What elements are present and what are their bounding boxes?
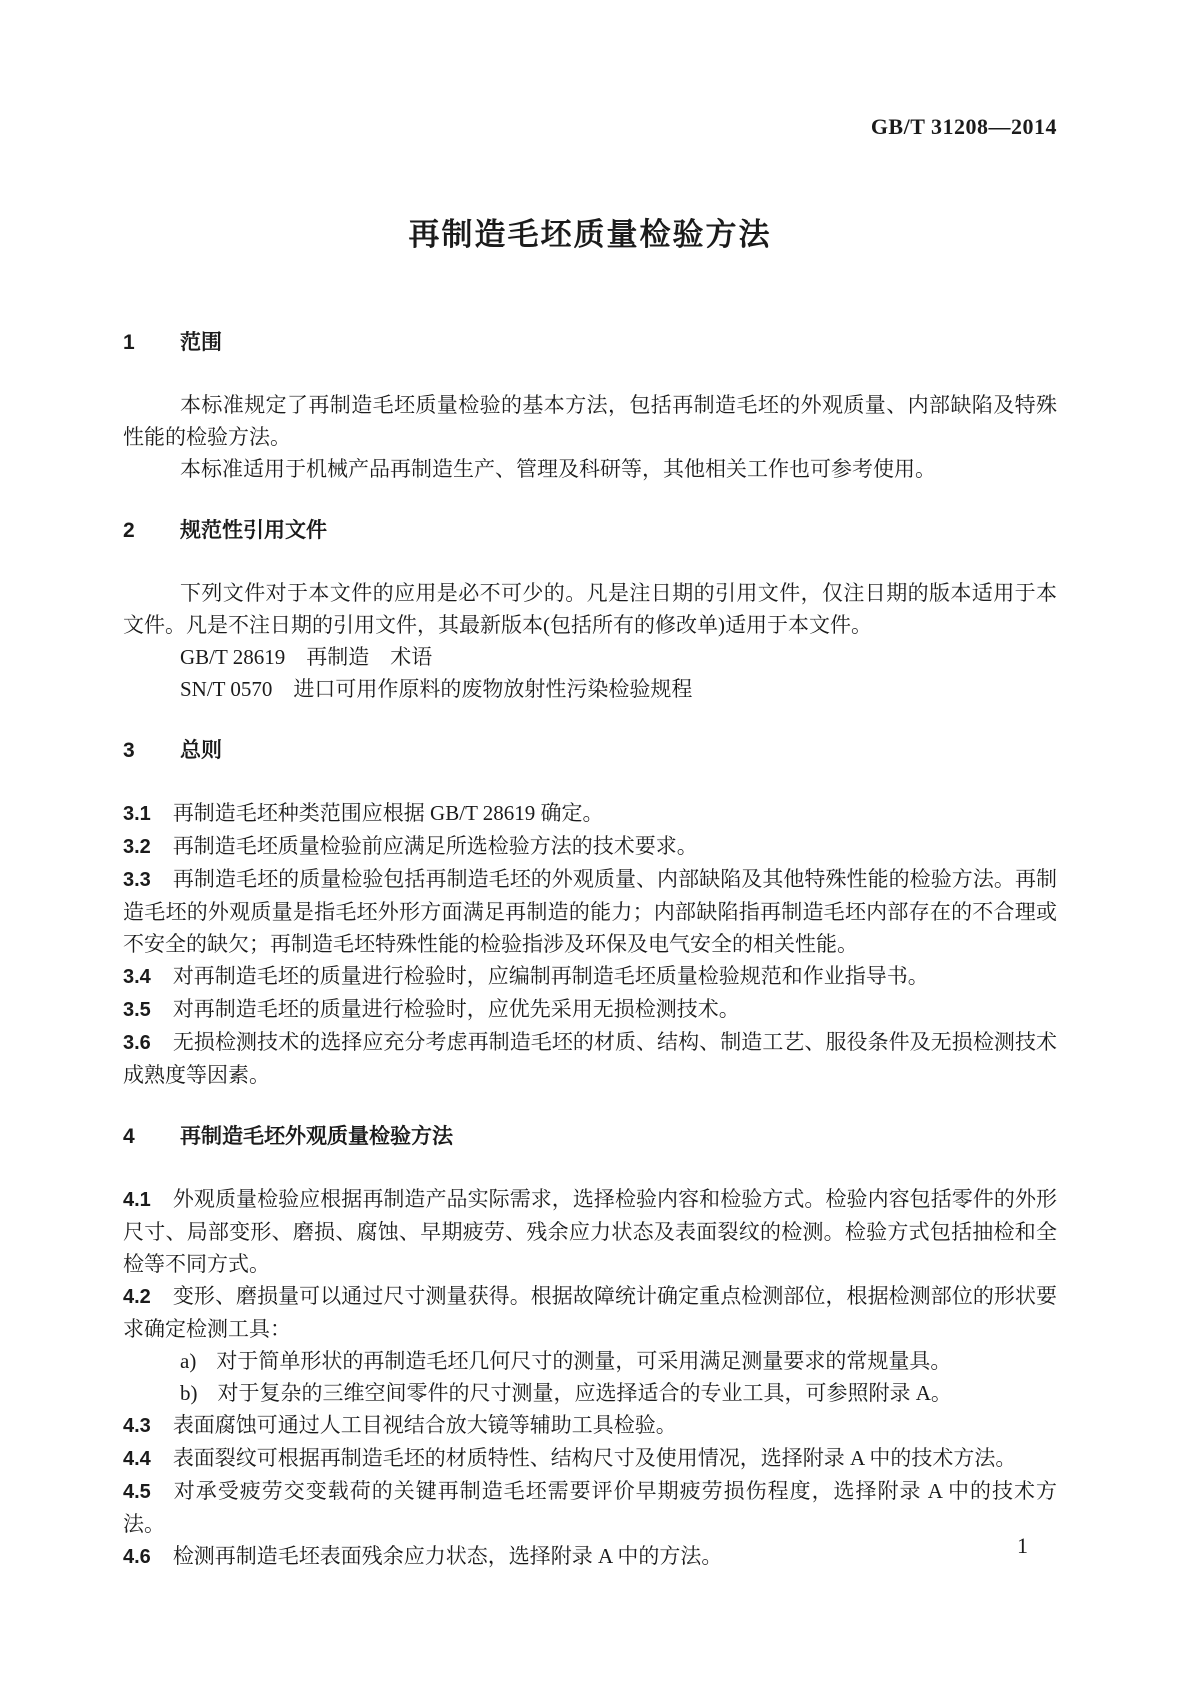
clause-4-2: 4.2变形、磨损量可以通过尺寸测量获得。根据故障统计确定重点检测部位，根据检测部… bbox=[123, 1280, 1057, 1345]
clause-number: 3.2 bbox=[123, 836, 151, 858]
clause-text: 再制造毛坯种类范围应根据 GB/T 28619 确定。 bbox=[173, 801, 604, 825]
clause-4-3: 4.3表面腐蚀可通过人工目视结合放大镜等辅助工具检验。 bbox=[123, 1409, 1057, 1442]
clause-4-4: 4.4表面裂纹可根据再制造毛坯的材质特性、结构尺寸及使用情况，选择附录 A 中的… bbox=[123, 1442, 1057, 1475]
paragraph: 下列文件对于本文件的应用是必不可少的。凡是注日期的引用文件，仅注日期的版本适用于… bbox=[123, 577, 1057, 641]
clause-text: 对再制造毛坯的质量进行检验时，应优先采用无损检测技术。 bbox=[173, 997, 740, 1021]
section-number: 4 bbox=[123, 1121, 180, 1153]
clause-number: 3.1 bbox=[123, 803, 151, 825]
list-item-marker: a) bbox=[180, 1349, 196, 1373]
document-title: 再制造毛坯质量检验方法 bbox=[123, 216, 1057, 254]
clause-text: 表面裂纹可根据再制造毛坯的材质特性、结构尺寸及使用情况，选择附录 A 中的技术方… bbox=[173, 1446, 1017, 1470]
section-number: 2 bbox=[123, 515, 180, 547]
clause-3-2: 3.2再制造毛坯质量检验前应满足所选检验方法的技术要求。 bbox=[123, 830, 1057, 863]
clause-text: 对承受疲劳交变载荷的关键再制造毛坯需要评价早期疲劳损伤程度，选择附录 A 中的技… bbox=[123, 1479, 1057, 1536]
section-heading-1: 1范围 bbox=[123, 327, 1057, 359]
clause-4-5: 4.5对承受疲劳交变载荷的关键再制造毛坯需要评价早期疲劳损伤程度，选择附录 A … bbox=[123, 1475, 1057, 1540]
clause-3-4: 3.4对再制造毛坯的质量进行检验时，应编制再制造毛坯质量检验规范和作业指导书。 bbox=[123, 960, 1057, 993]
clause-text: 表面腐蚀可通过人工目视结合放大镜等辅助工具检验。 bbox=[173, 1413, 677, 1437]
section-title: 再制造毛坯外观质量检验方法 bbox=[180, 1125, 453, 1148]
clause-number: 4.6 bbox=[123, 1546, 151, 1568]
section-number: 1 bbox=[123, 327, 180, 359]
list-item-a: a)对于简单形状的再制造毛坯几何尺寸的测量，可采用满足测量要求的常规量具。 bbox=[123, 1345, 1057, 1377]
clause-number: 4.1 bbox=[123, 1189, 151, 1211]
clause-text: 无损检测技术的选择应充分考虑再制造毛坯的材质、结构、制造工艺、服役条件及无损检测… bbox=[123, 1030, 1057, 1087]
section-appearance-inspection: 4再制造毛坯外观质量检验方法 4.1外观质量检验应根据再制造产品实际需求，选择检… bbox=[123, 1121, 1057, 1573]
list-item-marker: b) bbox=[180, 1381, 198, 1405]
clause-text: 外观质量检验应根据再制造产品实际需求，选择检验内容和检验方式。检验内容包括零件的… bbox=[123, 1187, 1057, 1276]
section-heading-2: 2规范性引用文件 bbox=[123, 515, 1057, 547]
clause-4-6: 4.6检测再制造毛坯表面残余应力状态，选择附录 A 中的方法。 bbox=[123, 1540, 1057, 1573]
clause-text: 再制造毛坯质量检验前应满足所选检验方法的技术要求。 bbox=[173, 834, 698, 858]
document-page: GB/T 31208—2014 再制造毛坯质量检验方法 1范围 本标准规定了再制… bbox=[0, 0, 1191, 1684]
paragraph: 本标准规定了再制造毛坯质量检验的基本方法，包括再制造毛坯的外观质量、内部缺陷及特… bbox=[123, 389, 1057, 453]
document-header: GB/T 31208—2014 bbox=[123, 0, 1057, 140]
section-normative-references: 2规范性引用文件 下列文件对于本文件的应用是必不可少的。凡是注日期的引用文件，仅… bbox=[123, 515, 1057, 705]
section-heading-4: 4再制造毛坯外观质量检验方法 bbox=[123, 1121, 1057, 1153]
paragraph: 本标准适用于机械产品再制造生产、管理及科研等，其他相关工作也可参考使用。 bbox=[123, 453, 1057, 485]
clause-text: 检测再制造毛坯表面残余应力状态，选择附录 A 中的方法。 bbox=[173, 1544, 723, 1568]
section-title: 总则 bbox=[180, 739, 222, 762]
list-item-text: 对于简单形状的再制造毛坯几何尺寸的测量，可采用满足测量要求的常规量具。 bbox=[216, 1349, 951, 1373]
clause-3-3: 3.3再制造毛坯的质量检验包括再制造毛坯的外观质量、内部缺陷及其他特殊性能的检验… bbox=[123, 863, 1057, 960]
clause-number: 4.5 bbox=[123, 1481, 151, 1503]
page-number: 1 bbox=[1017, 1530, 1028, 1562]
clause-number: 3.3 bbox=[123, 869, 151, 891]
section-heading-3: 3总则 bbox=[123, 735, 1057, 767]
clause-4-1: 4.1外观质量检验应根据再制造产品实际需求，选择检验内容和检验方式。检验内容包括… bbox=[123, 1183, 1057, 1280]
section-title: 范围 bbox=[180, 331, 222, 354]
reference-entry: SN/T 0570 进口可用作原料的废物放射性污染检验规程 bbox=[123, 673, 1057, 705]
reference-entry: GB/T 28619 再制造 术语 bbox=[123, 641, 1057, 673]
list-item-b: b)对于复杂的三维空间零件的尺寸测量，应选择适合的专业工具，可参照附录 A。 bbox=[123, 1377, 1057, 1409]
clause-number: 3.4 bbox=[123, 966, 151, 988]
clause-number: 4.4 bbox=[123, 1448, 151, 1470]
clause-number: 4.2 bbox=[123, 1286, 151, 1308]
clause-3-1: 3.1再制造毛坯种类范围应根据 GB/T 28619 确定。 bbox=[123, 797, 1057, 830]
section-general-rules: 3总则 3.1再制造毛坯种类范围应根据 GB/T 28619 确定。 3.2再制… bbox=[123, 735, 1057, 1091]
section-number: 3 bbox=[123, 735, 180, 767]
standard-number: GB/T 31208—2014 bbox=[871, 114, 1057, 139]
clause-number: 3.5 bbox=[123, 999, 151, 1021]
clause-text: 再制造毛坯的质量检验包括再制造毛坯的外观质量、内部缺陷及其他特殊性能的检验方法。… bbox=[123, 867, 1057, 956]
section-scope: 1范围 本标准规定了再制造毛坯质量检验的基本方法，包括再制造毛坯的外观质量、内部… bbox=[123, 327, 1057, 485]
clause-3-5: 3.5对再制造毛坯的质量进行检验时，应优先采用无损检测技术。 bbox=[123, 993, 1057, 1026]
clause-3-6: 3.6无损检测技术的选择应充分考虑再制造毛坯的材质、结构、制造工艺、服役条件及无… bbox=[123, 1026, 1057, 1091]
section-title: 规范性引用文件 bbox=[180, 519, 327, 542]
clause-text: 对再制造毛坯的质量进行检验时，应编制再制造毛坯质量检验规范和作业指导书。 bbox=[173, 964, 929, 988]
list-item-text: 对于复杂的三维空间零件的尺寸测量，应选择适合的专业工具，可参照附录 A。 bbox=[218, 1381, 952, 1405]
clause-text: 变形、磨损量可以通过尺寸测量获得。根据故障统计确定重点检测部位，根据检测部位的形… bbox=[123, 1284, 1057, 1341]
clause-number: 4.3 bbox=[123, 1415, 151, 1437]
clause-number: 3.6 bbox=[123, 1032, 151, 1054]
